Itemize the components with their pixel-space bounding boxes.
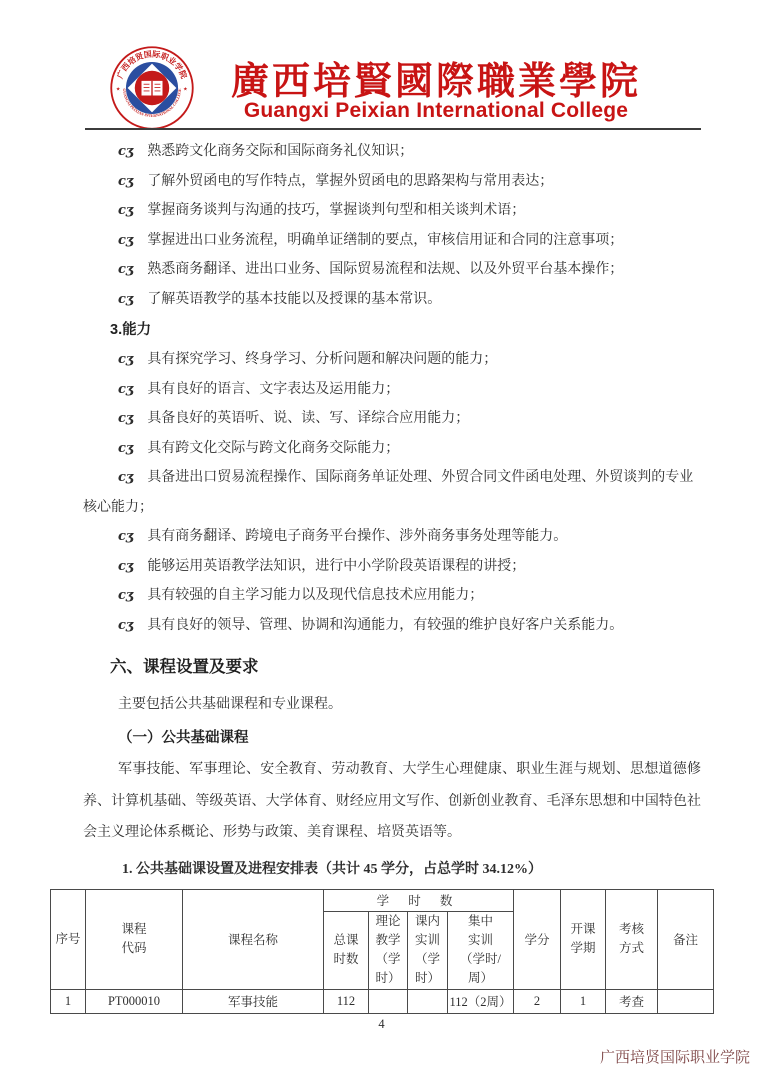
bullet-icon: cʒ (118, 611, 133, 641)
list-item-text: 具有良好的语言、文字表达及运用能力； (147, 382, 399, 397)
bullet-icon: cʒ (118, 285, 133, 315)
bullet-icon: cʒ (118, 167, 133, 197)
list-item-text: 具有跨文化交际与跨文化商务交际能力； (147, 441, 399, 456)
column-header-remarks: 备注 (658, 889, 714, 989)
list-item-text: 掌握进出口业务流程，明确单证缮制的要点，审核信用证和合同的注意事项； (147, 233, 623, 248)
knowledge-list: cʒ熟悉跨文化商务交际和国际商务礼仪知识； cʒ了解外贸函电的写作特点，掌握外贸… (83, 137, 701, 314)
list-item-text: 具有良好的领导、管理、协调和沟通能力，有较强的维护良好客户关系能力。 (147, 618, 623, 633)
list-item: cʒ具有探究学习、终身学习、分析问题和解决问题的能力； (83, 345, 701, 375)
list-item-text: 了解英语教学的基本技能以及授课的基本常识。 (147, 292, 441, 307)
cell-semester: 1 (561, 989, 606, 1013)
cell-theory (369, 989, 408, 1013)
bullet-icon: cʒ (118, 463, 133, 493)
list-item: cʒ能够运用英语教学法知识，进行中小学阶段英语课程的讲授； (83, 552, 701, 582)
list-item-text: 能够运用英语教学法知识，进行中小学阶段英语课程的讲授； (147, 559, 525, 574)
cell-remarks (658, 989, 714, 1013)
column-header-credits: 学分 (514, 889, 561, 989)
list-item: cʒ具有跨文化交际与跨文化商务交际能力； (83, 434, 701, 464)
list-item: cʒ具有商务翻译、跨境电子商务平台操作、涉外商务事务处理等能力。 (83, 522, 701, 552)
college-seal-icon: 广西培贤国际职业学院 GUANGXI PEIXIAN INTERNATIONAL… (110, 46, 194, 130)
list-item: cʒ掌握进出口业务流程，明确单证缮制的要点，审核信用证和合同的注意事项； (83, 226, 701, 256)
course-list-paragraph: 军事技能、军事理论、安全教育、劳动教育、大学生心理健康、职业生涯与规划、思想道德… (83, 754, 701, 849)
seal-star-right-icon: ★ (183, 87, 188, 93)
list-item-text: 掌握商务谈判与沟通的技巧，掌握谈判句型和相关谈判术语； (147, 203, 525, 218)
cell-assessment: 考查 (606, 989, 658, 1013)
open-book-icon (142, 81, 163, 96)
column-header-assessment: 考核 方式 (606, 889, 658, 989)
column-header-concentrated-hours: 集中 实训 （学时/ 周） (448, 911, 514, 989)
list-item: cʒ具有良好的语言、文字表达及运用能力； (83, 375, 701, 405)
course-schedule-table: 序号 课程 代码 课程名称 学 时 数 学分 开课 学期 考核 方式 备注 总课… (50, 889, 714, 1014)
document-page: 广西培贤国际职业学院 GUANGXI PEIXIAN INTERNATIONAL… (0, 0, 763, 1080)
section-intro: 主要包括公共基础课程和专业课程。 (83, 690, 701, 720)
list-item-text: 具备良好的英语听、说、读、写、译综合应用能力； (147, 411, 469, 426)
column-header-theory-hours: 理论 教学 （学 时） (369, 911, 408, 989)
list-item-text: 具有较强的自主学习能力以及现代信息技术应用能力； (147, 588, 483, 603)
list-item: cʒ具备进出口贸易流程操作、国际商务单证处理、外贸合同文件函电处理、外贸谈判的专… (83, 463, 701, 522)
ability-list: cʒ具有探究学习、终身学习、分析问题和解决问题的能力； cʒ具有良好的语言、文字… (83, 345, 701, 640)
header-divider (85, 128, 701, 130)
column-header-total-hours: 总课 时数 (324, 911, 369, 989)
subsection-heading: （一）公共基础课程 (83, 722, 701, 754)
table-title: 1. 公共基础课设置及进程安排表（共计 45 学分，占总学时 34.12%） (83, 855, 701, 885)
bullet-icon: cʒ (118, 522, 133, 552)
list-item: cʒ具有较强的自主学习能力以及现代信息技术应用能力； (83, 581, 701, 611)
college-name-english: Guangxi Peixian International College (202, 99, 670, 123)
list-item: cʒ熟悉商务翻译、进出口业务、国际贸易流程和法规、以及外贸平台基本操作； (83, 255, 701, 285)
bullet-icon: cʒ (118, 581, 133, 611)
cell-name: 军事技能 (183, 989, 324, 1013)
list-item-text: 具有商务翻译、跨境电子商务平台操作、涉外商务事务处理等能力。 (147, 529, 567, 544)
bullet-icon: cʒ (118, 255, 133, 285)
cell-code: PT000010 (86, 989, 183, 1013)
page-number: 4 (50, 1017, 713, 1032)
college-logo-seal: 广西培贤国际职业学院 GUANGXI PEIXIAN INTERNATIONAL… (110, 46, 194, 130)
seal-star-left-icon: ★ (116, 87, 121, 93)
document-body: cʒ熟悉跨文化商务交际和国际商务礼仪知识； cʒ了解外贸函电的写作特点，掌握外贸… (83, 137, 701, 1032)
list-item: cʒ熟悉跨文化商务交际和国际商务礼仪知识； (83, 137, 701, 167)
table-row: 1 PT000010 军事技能 112 112（2周） 2 1 考查 (51, 989, 714, 1013)
bullet-icon: cʒ (118, 137, 133, 167)
cell-seq: 1 (51, 989, 86, 1013)
section-heading: 六、课程设置及要求 (83, 652, 701, 682)
list-item: cʒ了解英语教学的基本技能以及授课的基本常识。 (83, 285, 701, 315)
bullet-icon: cʒ (118, 434, 133, 464)
column-header-inclass-hours: 课内 实训 （学 时） (408, 911, 448, 989)
footer-school-name: 广西培贤国际职业学院 (600, 1046, 750, 1067)
bullet-icon: cʒ (118, 196, 133, 226)
column-header-name: 课程名称 (183, 889, 324, 989)
bullet-icon: cʒ (118, 375, 133, 405)
bullet-icon: cʒ (118, 345, 133, 375)
list-item-text: 熟悉跨文化商务交际和国际商务礼仪知识； (147, 144, 413, 159)
list-item-text: 具备进出口贸易流程操作、国际商务单证处理、外贸合同文件函电处理、外贸谈判的专业核… (83, 470, 693, 515)
list-item-text: 熟悉商务翻译、进出口业务、国际贸易流程和法规、以及外贸平台基本操作； (147, 262, 623, 277)
bullet-icon: cʒ (118, 226, 133, 256)
ability-heading: 3.能力 (83, 316, 701, 345)
column-header-seq: 序号 (51, 889, 86, 989)
list-item-text: 了解外贸函电的写作特点，掌握外贸函电的思路架构与常用表达； (147, 174, 553, 189)
column-header-hours-group: 学 时 数 (324, 889, 514, 911)
list-item: cʒ了解外贸函电的写作特点，掌握外贸函电的思路架构与常用表达； (83, 167, 701, 197)
list-item: cʒ掌握商务谈判与沟通的技巧，掌握谈判句型和相关谈判术语； (83, 196, 701, 226)
bullet-icon: cʒ (118, 552, 133, 582)
list-item-text: 具有探究学习、终身学习、分析问题和解决问题的能力； (147, 352, 497, 367)
column-header-code: 课程 代码 (86, 889, 183, 989)
bullet-icon: cʒ (118, 404, 133, 434)
column-header-semester: 开课 学期 (561, 889, 606, 989)
list-item: cʒ具备良好的英语听、说、读、写、译综合应用能力； (83, 404, 701, 434)
list-item: cʒ具有良好的领导、管理、协调和沟通能力，有较强的维护良好客户关系能力。 (83, 611, 701, 641)
cell-concentrated: 112（2周） (448, 989, 514, 1013)
cell-total: 112 (324, 989, 369, 1013)
college-name-chinese: 廣西培賢國際職業學院 (202, 50, 670, 105)
cell-inclass (408, 989, 448, 1013)
cell-credits: 2 (514, 989, 561, 1013)
